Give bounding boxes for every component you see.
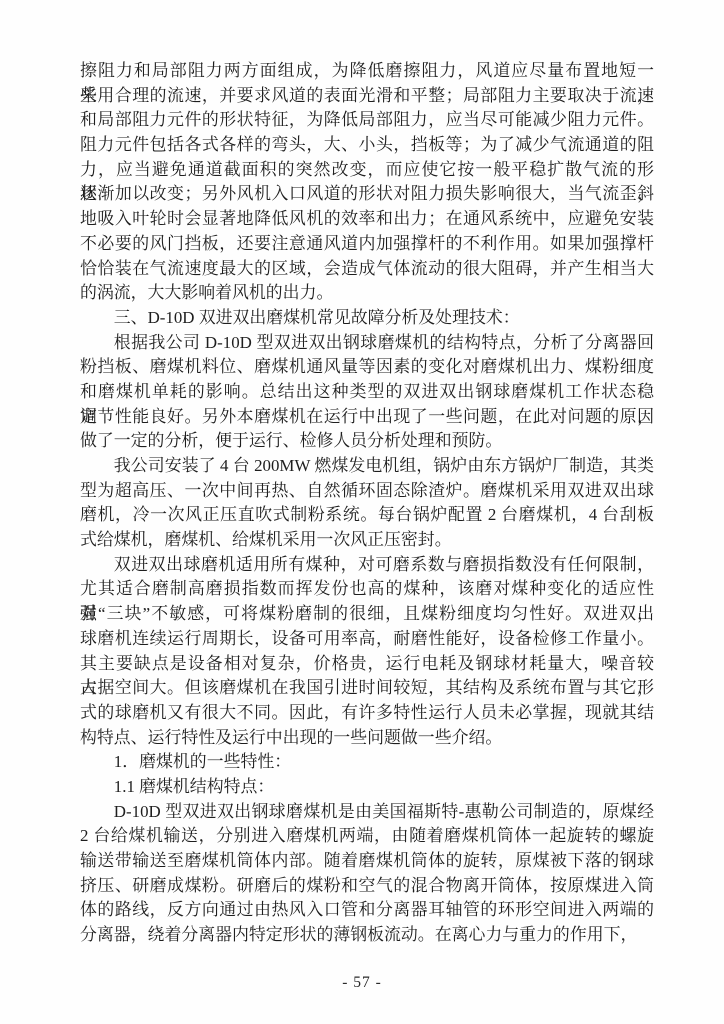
text-line: 式给煤机，磨煤机、给煤机采用一次风正压密封。 <box>80 528 654 553</box>
text-line: 地吸入叶轮时会显著地降低风机的效率和出力；在通风系统中，应避免安装 <box>80 207 654 232</box>
text-line: 占据空间大。但该磨煤机在我国引进时间较短，其结构及系统布置与其它形 <box>80 676 654 701</box>
text-line: 2 台给煤机输送，分别进入磨煤机两端，由随着磨煤机筒体一起旋转的螺旋 <box>80 824 654 849</box>
text-line: 球磨机连续运行周期长，设备可用率高，耐磨性能好，设备检修工作量小。 <box>80 627 654 652</box>
text-line: 构特点、运行特性及运行中出现的一些问题做一些介绍。 <box>80 726 654 751</box>
text-line: 1．磨煤机的一些特性： <box>80 750 654 775</box>
text-line: 分离器，绕着分离器内特定形状的薄钢板流动。在离心力与重力的作用下， <box>80 923 654 948</box>
document-body: 擦阻力和局部阻力两方面组成，为降低磨擦阻力，风道应尽量布置地短一些，采用合理的流… <box>80 59 654 948</box>
text-line: 的涡流，大大影响着风机的出力。 <box>80 281 654 306</box>
text-line: 体的路线，反方向通过由热风入口管和分离器耳轴管的环形空间进入两端的 <box>80 898 654 923</box>
text-line: 调节性能良好。另外本磨煤机在运行中出现了一些问题，在此对问题的原因 <box>80 405 654 430</box>
text-line: 对“三块”不敏感，可将煤粉磨制的很细，且煤粉细度均匀性好。双进双出 <box>80 602 654 627</box>
text-line: 阻力元件包括各式各样的弯头，大、小头，挡板等；为了减少气流通道的阻 <box>80 133 654 158</box>
text-line: 粉挡板、磨煤机料位、磨煤机通风量等因素的变化对磨煤机出力、煤粉细度 <box>80 355 654 380</box>
text-line: 挤压、研磨成煤粉。研磨后的煤粉和空气的混合物离开筒体，按原煤进入筒 <box>80 874 654 899</box>
text-line: 双进双出球磨机适用所有煤种，对可磨系数与磨损指数没有任何限制， <box>80 553 654 578</box>
document-page: 擦阻力和局部阻力两方面组成，为降低磨擦阻力，风道应尽量布置地短一些，采用合理的流… <box>0 0 724 1024</box>
text-line: 根据我公司 D-10D 型双进双出钢球磨煤机的结构特点，分析了分离器回 <box>80 331 654 356</box>
text-line: 和局部阻力元件的形状特征，为降低局部阻力，应当尽可能减少阻力元件。 <box>80 108 654 133</box>
text-line: 输送带输送至磨煤机筒体内部。随着磨煤机筒体的旋转，原煤被下落的钢球 <box>80 849 654 874</box>
text-line: 和磨煤机单耗的影响。总结出这种类型的双进双出钢球磨煤机工作状态稳定， <box>80 380 654 405</box>
text-line: 式的球磨机又有很大不同。因此，有许多特性运行人员未必掌握，现就其结 <box>80 701 654 726</box>
text-line: 尤其适合磨制高磨损指数而挥发份也高的煤种，该磨对煤种变化的适应性强， <box>80 577 654 602</box>
text-line: 三、D-10D 双进双出磨煤机常见故障分析及处理技术： <box>80 306 654 331</box>
text-line: 恰恰装在气流速度最大的区域，会造成气体流动的很大阻碍，并产生相当大 <box>80 257 654 282</box>
text-line: 其主要缺点是设备相对复杂，价格贵，运行电耗及钢球材耗量大，噪音较大， <box>80 652 654 677</box>
text-line: D-10D 型双进双出钢球磨煤机是由美国福斯特-惠勒公司制造的，原煤经 <box>80 800 654 825</box>
page-number: - 57 - <box>0 971 724 995</box>
text-line: 采用合理的流速，并要求风道的表面光滑和平整；局部阻力主要取决于流速 <box>80 84 654 109</box>
text-line: 逐渐加以改变；另外风机入口风道的形状对阻力损失影响很大，当气流歪斜 <box>80 182 654 207</box>
text-line: 型为超高压、一次中间再热、自然循环固态除渣炉。磨煤机采用双进双出球 <box>80 479 654 504</box>
text-line: 不必要的风门挡板，还要注意通风道内加强撑杆的不利作用。如果加强撑杆 <box>80 232 654 257</box>
text-line: 擦阻力和局部阻力两方面组成，为降低磨擦阻力，风道应尽量布置地短一些， <box>80 59 654 84</box>
text-line: 力，应当避免通道截面积的突然改变，而应使它按一般平稳扩散气流的形状， <box>80 158 654 183</box>
text-line: 1.1 磨煤机结构特点： <box>80 775 654 800</box>
text-line: 磨机，冷一次风正压直吹式制粉系统。每台锅炉配置 2 台磨煤机，4 台刮板 <box>80 503 654 528</box>
text-line: 我公司安装了 4 台 200MW 燃煤发电机组，锅炉由东方锅炉厂制造，其类 <box>80 454 654 479</box>
text-line: 做了一定的分析，便于运行、检修人员分析处理和预防。 <box>80 429 654 454</box>
